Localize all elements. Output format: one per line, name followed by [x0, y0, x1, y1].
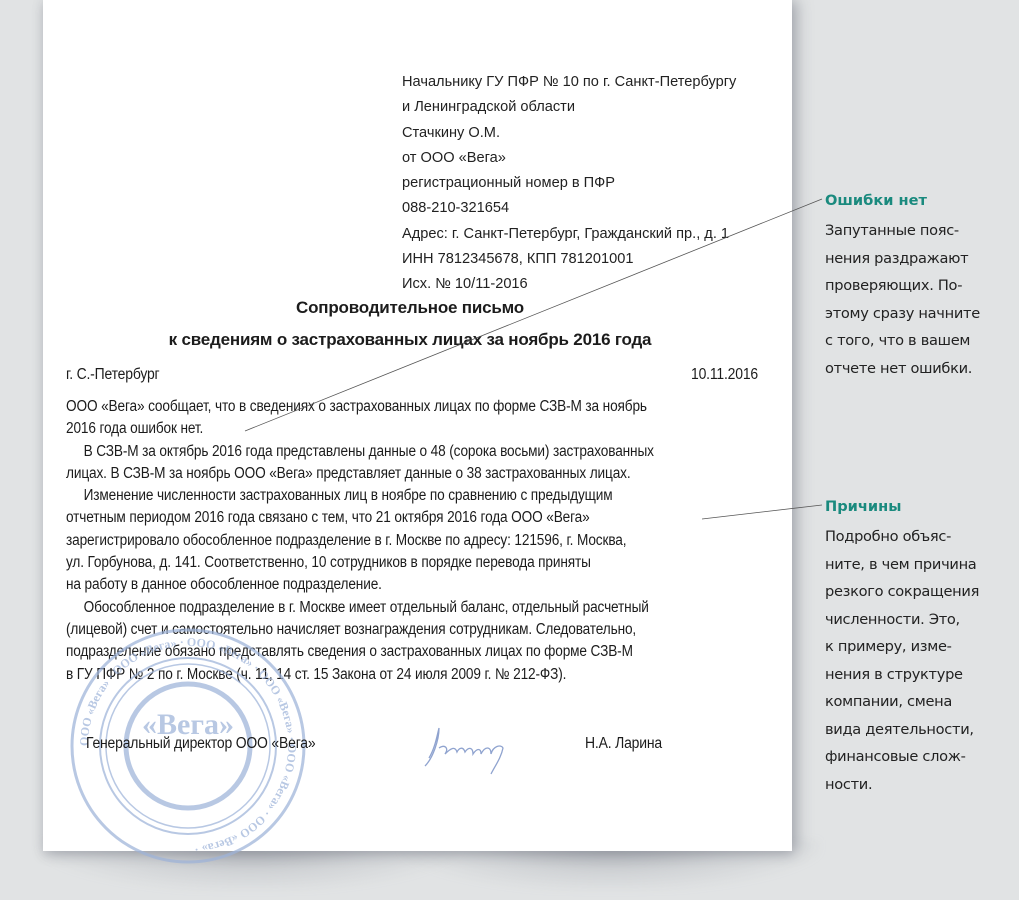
- sidenote-text: Запутанные пояс- нения раздражают провер…: [825, 217, 1015, 382]
- addressee-line: от ООО «Вега»: [402, 146, 736, 171]
- body-line: Обособленное подразделение в г. Москве и…: [66, 597, 752, 619]
- document-title: Сопроводительное письмо: [60, 298, 760, 318]
- sidenote-heading: Причины: [825, 497, 1015, 517]
- body-line: 2016 года ошибок нет.: [66, 418, 752, 440]
- addressee-block: Начальнику ГУ ПФР № 10 по г. Санкт-Петер…: [402, 70, 736, 298]
- body-line: на работу в данное обособленное подразде…: [66, 574, 752, 596]
- addressee-line: ИНН 7812345678, КПП 781201001: [402, 247, 736, 272]
- addressee-line: и Ленинградской области: [402, 95, 736, 120]
- addressee-line: Адрес: г. Санкт-Петербург, Гражданский п…: [402, 222, 736, 247]
- document-city: г. С.-Петербург: [66, 366, 159, 384]
- addressee-line: регистрационный номер в ПФР: [402, 171, 736, 196]
- sidenote-heading: Ошибки нет: [825, 191, 1015, 211]
- body-line: зарегистрировало обособленное подразделе…: [66, 530, 752, 552]
- sidenote-text: Подробно объяс- ните, в чем причина резк…: [825, 523, 1015, 798]
- body-line: отчетным периодом 2016 года связано с те…: [66, 507, 752, 529]
- signatory-role: Генеральный директор ООО «Вега»: [86, 735, 315, 753]
- body-line: лицах. В СЗВ-М за ноябрь ООО «Вега» пред…: [66, 463, 752, 485]
- addressee-line: Начальнику ГУ ПФР № 10 по г. Санкт-Петер…: [402, 70, 736, 95]
- sidenote-no-errors: Ошибки нет Запутанные пояс- нения раздра…: [825, 191, 1015, 382]
- addressee-line: Стачкину О.М.: [402, 121, 736, 146]
- signatory-name: Н.А. Ларина: [585, 735, 662, 753]
- addressee-line: 088-210-321654: [402, 196, 736, 221]
- document-subtitle: к сведениям о застрахованных лицах за но…: [60, 330, 760, 350]
- body-line: В СЗВ-М за октябрь 2016 года представлен…: [66, 441, 752, 463]
- body-line: ул. Горбунова, д. 141. Соответственно, 1…: [66, 552, 752, 574]
- addressee-line: Исх. № 10/11-2016: [402, 272, 736, 297]
- sidenote-reasons: Причины Подробно объяс- ните, в чем прич…: [825, 497, 1015, 798]
- document-date: 10.11.2016: [691, 366, 758, 384]
- body-line: Изменение численности застрахованных лиц…: [66, 485, 752, 507]
- signature-icon: [415, 718, 525, 778]
- body-line: ООО «Вега» сообщает, что в сведениях о з…: [66, 396, 752, 418]
